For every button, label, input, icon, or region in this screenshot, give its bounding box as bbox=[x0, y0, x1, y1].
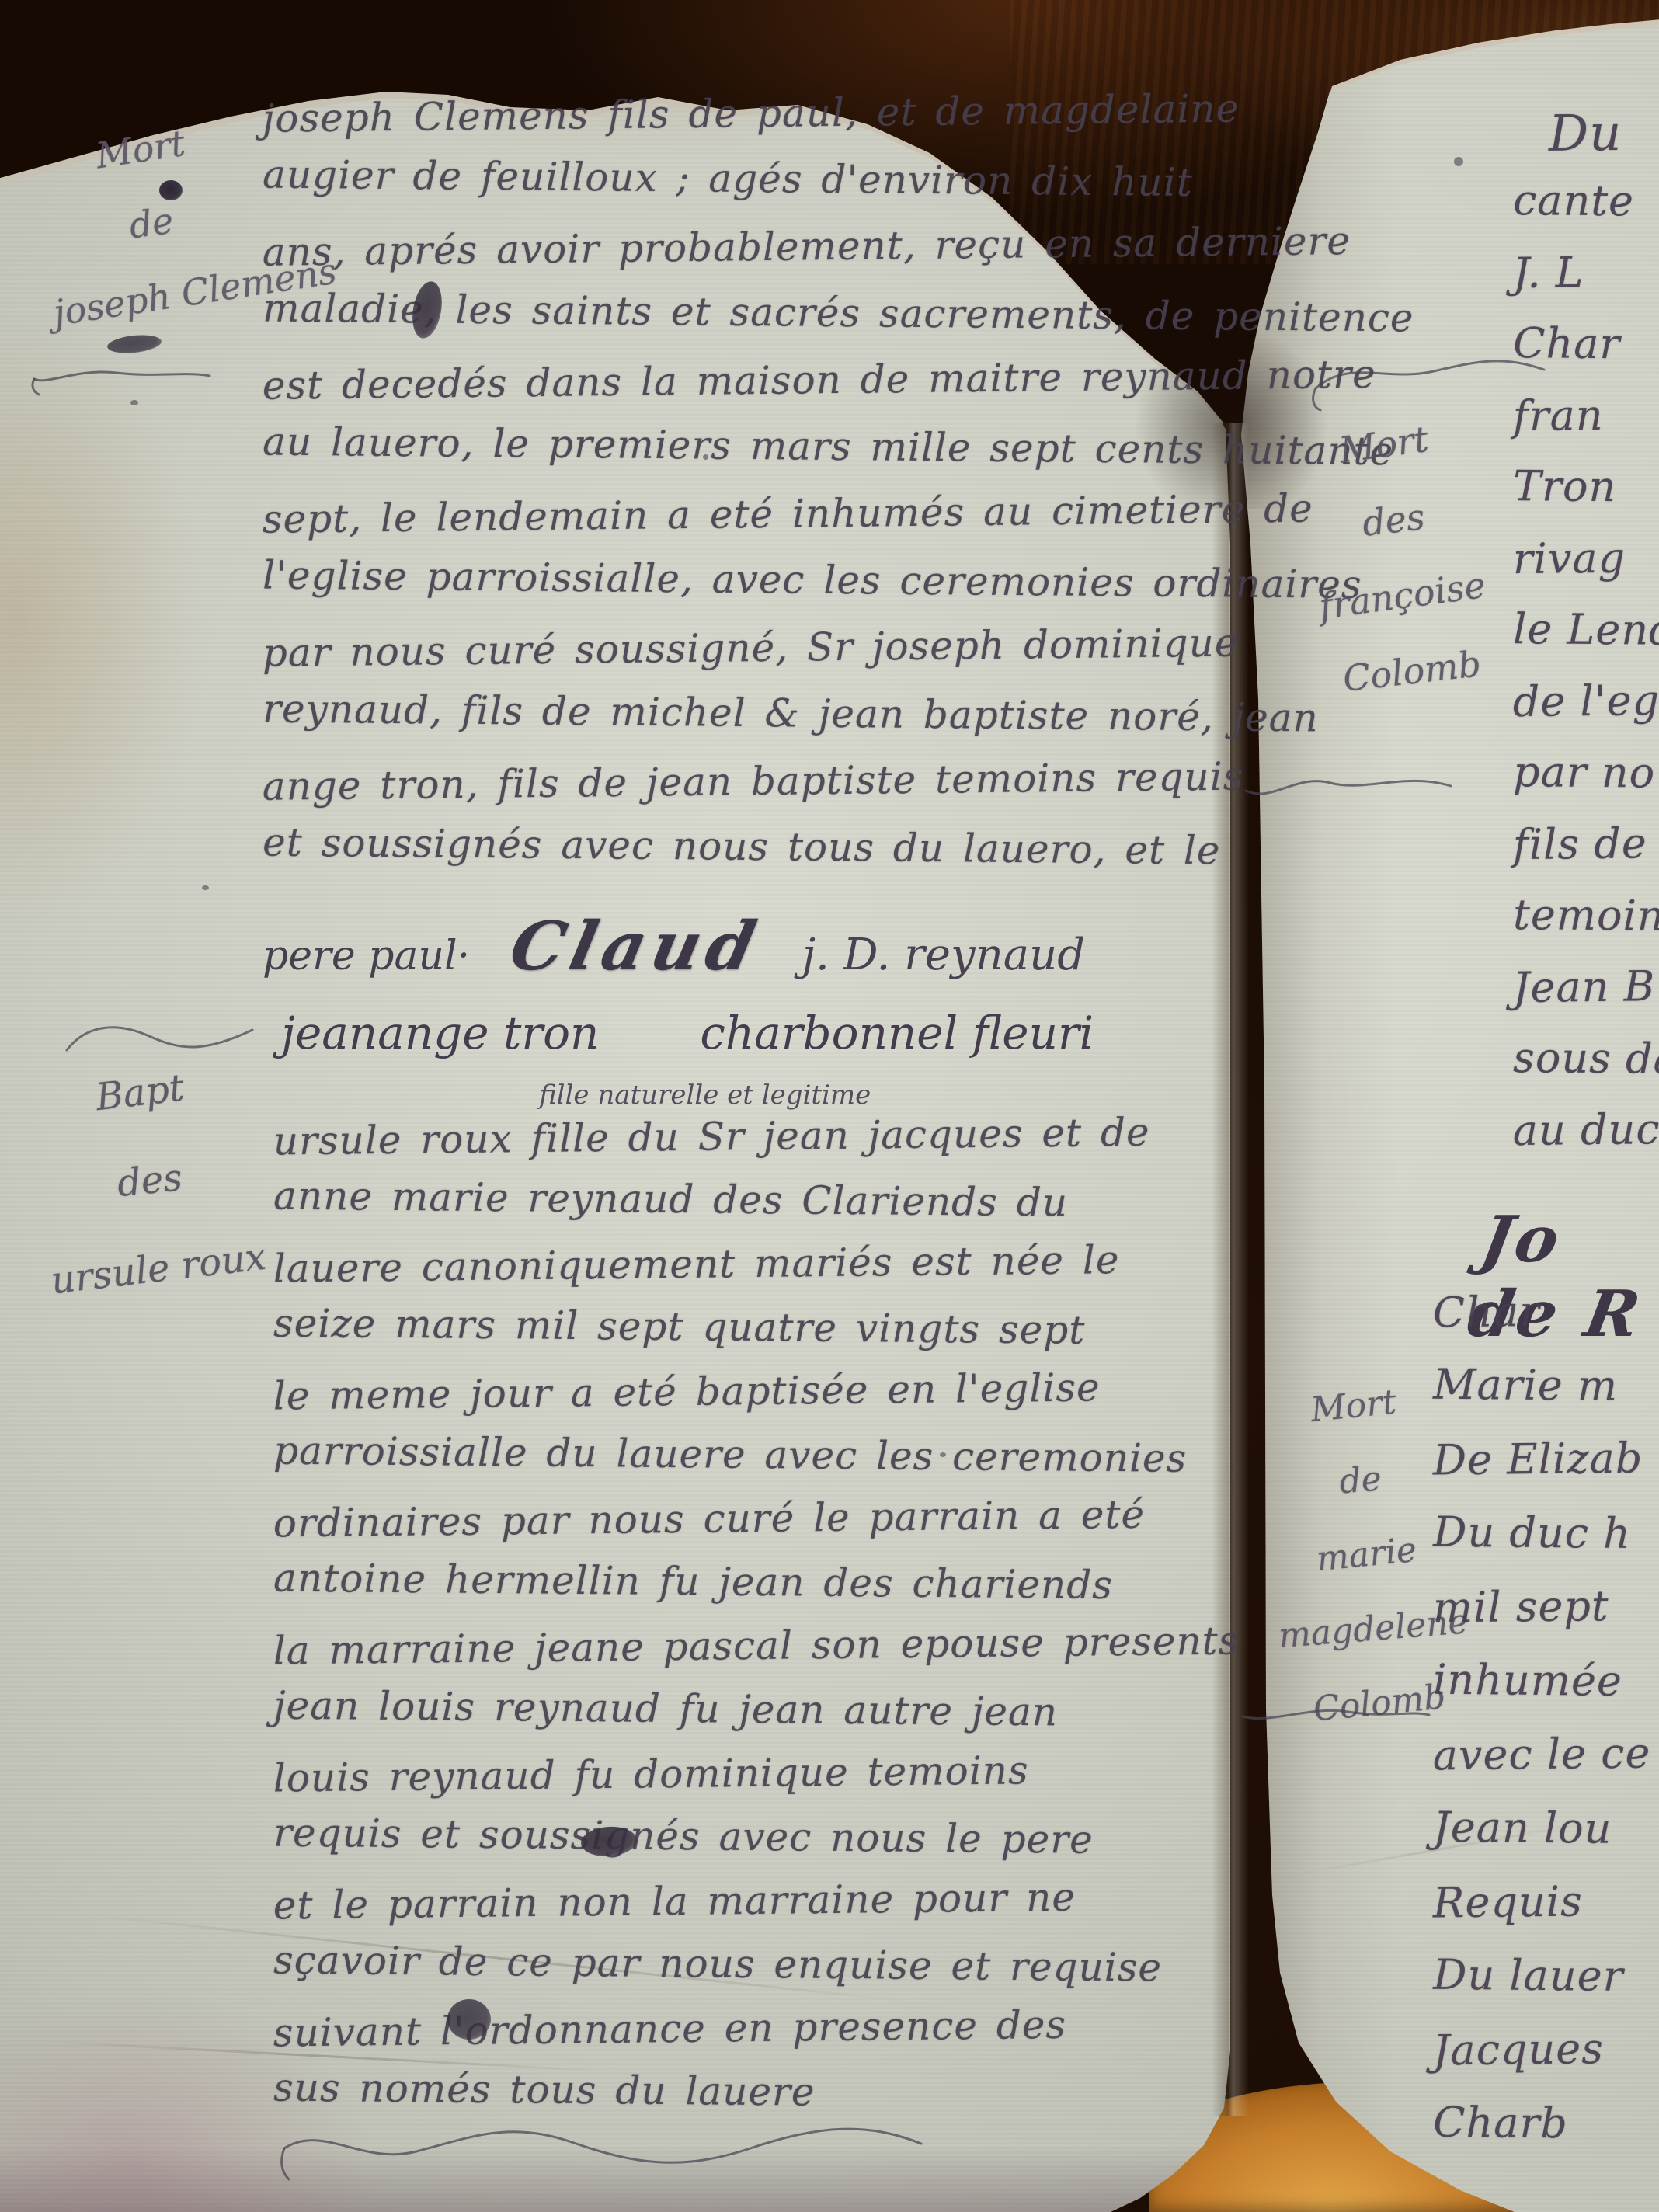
handwritten-line: requis et soussignés avec nous le pere bbox=[273, 1814, 1240, 1886]
handwritten-line: par no bbox=[1513, 751, 1659, 824]
ink-speck bbox=[703, 454, 708, 460]
handwritten-line: J. L bbox=[1513, 251, 1659, 324]
flourish-right-page-top bbox=[1309, 348, 1550, 413]
handwritten-line: Du lauer bbox=[1433, 1954, 1651, 2029]
left-margin-note-baptism: Baptdesursule roux bbox=[23, 1062, 282, 1350]
signature-charbonnel: charbonnel fleuri bbox=[700, 1007, 1094, 1059]
handwritten-line: Du duc h bbox=[1433, 1511, 1651, 1587]
handwritten-line: Du bbox=[1549, 108, 1659, 181]
handwritten-line: de l'egl bbox=[1513, 680, 1659, 753]
handwritten-line: fils de bbox=[1513, 823, 1659, 896]
handwritten-line: Jacques bbox=[1433, 2028, 1652, 2104]
handwritten-line: mil sept bbox=[1433, 1585, 1652, 1661]
handwritten-line: Requis bbox=[1433, 1880, 1652, 1956]
baptism-record-text: ursule roux fille du Sr jean jacques et … bbox=[273, 1117, 1240, 2136]
right-page-text-upper: DucanteJ. LCharfranTronrivagle Lendde l'… bbox=[1513, 109, 1659, 1181]
ink-speck bbox=[1454, 157, 1463, 166]
signature-line-2: jeanange tron charbonnel fleuri bbox=[281, 1007, 1094, 1059]
signature-prefix: pere paul· bbox=[263, 933, 470, 979]
handwritten-line: Tron bbox=[1513, 465, 1659, 538]
ink-blot bbox=[447, 1999, 491, 2040]
left-margin-note-burial: Mortdejoseph Clemens bbox=[30, 117, 276, 368]
flourish-end-of-record bbox=[276, 2097, 929, 2190]
ink-speck bbox=[130, 400, 138, 405]
handwritten-line: sçavoir de ce par nous enquise et requis… bbox=[273, 1941, 1240, 2013]
handwritten-line: Char bbox=[1433, 1290, 1652, 1366]
signature-tron: jeanange tron bbox=[281, 1007, 599, 1059]
signature-line-1: pere paul· Claud j. D. reynaud bbox=[263, 907, 1085, 986]
open-register-book-photo: Mortdejoseph Clemens Baptdesursule roux … bbox=[0, 0, 1659, 2212]
flourish-right-margin-2 bbox=[1240, 1698, 1434, 1732]
handwritten-line: Jean lou bbox=[1433, 1807, 1651, 1882]
handwritten-line: sous da bbox=[1513, 1037, 1659, 1110]
handwritten-line: Charb bbox=[1433, 2102, 1651, 2177]
handwritten-line: l'eglise parroissialle, avec les ceremon… bbox=[263, 556, 1414, 633]
ink-blot bbox=[159, 180, 183, 200]
handwritten-line: jean louis reynaud fu jean autre jean bbox=[273, 1686, 1240, 1758]
handwritten-line: rivag bbox=[1513, 537, 1659, 610]
flourish-right-margin-1 bbox=[1241, 763, 1459, 809]
ink-speck bbox=[202, 885, 209, 890]
interlinear-insertion: fille naturelle et legitime bbox=[539, 1080, 871, 1111]
handwritten-line: le Lend bbox=[1513, 608, 1659, 681]
flourish-tilde bbox=[64, 1019, 258, 1059]
handwritten-line: Jean B bbox=[1513, 965, 1659, 1038]
handwritten-line: temoin bbox=[1513, 894, 1659, 967]
handwritten-line: cante bbox=[1513, 179, 1659, 252]
signature-reynaud: j. D. reynaud bbox=[802, 930, 1085, 980]
handwritten-line: inhumée bbox=[1433, 1659, 1651, 1734]
flourish-underline bbox=[31, 359, 214, 396]
signature-claud: Claud bbox=[503, 907, 768, 986]
handwritten-line: Marie m bbox=[1433, 1364, 1651, 1439]
handwritten-line: au duc bbox=[1513, 1108, 1659, 1181]
handwritten-line: et soussignés avec nous tous du lauero, … bbox=[263, 823, 1414, 900]
handwritten-line: De Elizab bbox=[1433, 1438, 1652, 1514]
handwritten-line: avec le ce bbox=[1433, 1733, 1652, 1809]
ink-speck bbox=[940, 1452, 946, 1457]
right-page-text-lower: CharMarie mDe ElizabDu duc hmil septinhu… bbox=[1433, 1291, 1651, 2176]
right-margin-note-1: MortdesfrançoiseColomb bbox=[1278, 414, 1523, 742]
